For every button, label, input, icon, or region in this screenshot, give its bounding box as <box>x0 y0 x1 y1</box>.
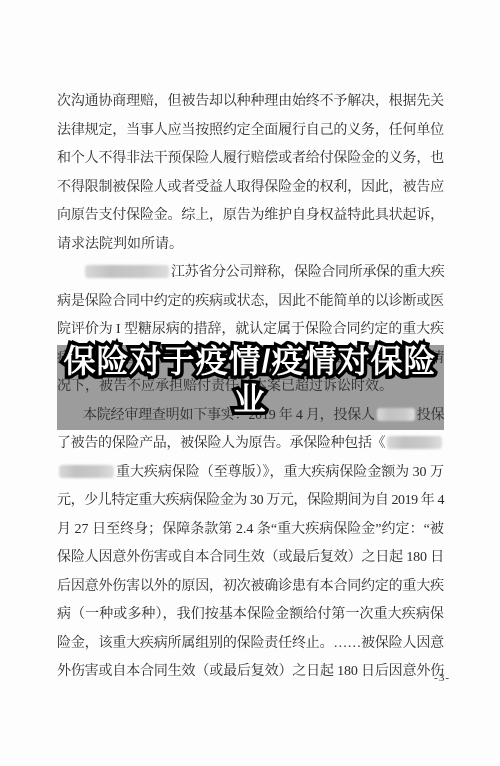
document-text: 后因意外伤害以外的原因，初次被确诊患有本合同约定的重大疾 <box>57 579 444 594</box>
document-line: 请求法院判如所请。 <box>57 231 444 260</box>
document-text: 请求法院判如所请。 <box>57 237 183 252</box>
document-line: 不得限制被保险人或者受益人取得保险金的权利，因此，被告应 <box>57 174 444 203</box>
document-text: 投保 <box>417 408 445 423</box>
redaction-blur <box>59 465 114 478</box>
document-line: 江苏省分公司辩称，保险合同所承保的重大疾 <box>57 259 444 288</box>
document-line: 保险人因意外伤害或自本合同生效（或最后复效）之日起 180 日 <box>57 544 444 573</box>
document-line: 和个人不得非法干预保险人履行赔偿或者给付保险金的义务，也 <box>57 145 444 174</box>
redaction-blur <box>387 436 442 449</box>
document-text: 次沟通协商理赔，但被告却以种种理由始终不予解决，根据先关 <box>57 94 444 109</box>
document-text: 院评价为 I 型糖尿病的措辞，就认定属于保险合同约定的重大疾 <box>57 322 444 337</box>
redaction-blur <box>377 408 415 421</box>
document-line: 元，少儿特定重大疾病保险金为 30 万元，保险期间为自 2019 年 4 <box>57 487 444 516</box>
document-line: 后因意外伤害以外的原因，初次被确诊患有本合同约定的重大疾 <box>57 573 444 602</box>
document-text: 法律规定，当事人应当按照约定全面履行自己的义务，任何单位 <box>57 123 444 138</box>
page-number: -3- <box>434 672 450 684</box>
document-line: 病，应当尊重保险合同的约定，原告的情形未达到约定条件的情 <box>57 345 444 374</box>
document-line: 向原告支付保险金。综上，原告为维护自身权益特此具状起诉， <box>57 202 444 231</box>
document-line: 了被告的保险产品，被保险人为原告。承保险种包括《 <box>57 430 444 459</box>
document-text: 不得限制被保险人或者受益人取得保险金的权利，因此，被告应 <box>57 180 444 195</box>
document-text: 险金，该重大疾病所属组别的保险责任终止。……被保险人因意 <box>57 636 444 651</box>
document-line: 法律规定，当事人应当按照约定全面履行自己的义务，任何单位 <box>57 117 444 146</box>
document-text: 病（一种或多种），我们按基本保险金额给付第一次重大疾病保 <box>57 607 444 622</box>
document-line: 月 27 日至终身；保障条款第 2.4 条“重大疾病保险金”约定：“被 <box>57 516 444 545</box>
document-text: 和个人不得非法干预保险人履行赔偿或者给付保险金的义务，也 <box>57 151 444 166</box>
document-line: 重大疾病保险（至尊版）》，重大疾病保险金额为 30 万 <box>57 459 444 488</box>
document-text: 向原告支付保险金。综上，原告为维护自身权益特此具状起诉， <box>57 208 444 223</box>
document-text: 江苏省分公司辩称，保险合同所承保的重大疾 <box>171 265 444 280</box>
document-line: 况下，被告不应承担赔付责任，本案已超过诉讼时效。 <box>57 373 444 402</box>
redaction-blur <box>85 265 169 278</box>
document-line: 外伤害或自本合同生效（或最后复效）之日起 180 日后因意外伤 <box>57 658 444 687</box>
document-text: 外伤害或自本合同生效（或最后复效）之日起 180 日后因意外伤 <box>57 664 444 679</box>
document-line: 次沟通协商理赔，但被告却以种种理由始终不予解决，根据先关 <box>57 88 444 117</box>
document-text: 元，少儿特定重大疾病保险金为 30 万元，保险期间为自 2019 年 4 <box>57 493 444 508</box>
document-text: 了被告的保险产品，被保险人为原告。承保险种包括《 <box>57 436 385 451</box>
document-text: 病，应当尊重保险合同的约定，原告的情形未达到约定条件的情 <box>57 351 444 366</box>
document-line: 院评价为 I 型糖尿病的措辞，就认定属于保险合同约定的重大疾 <box>57 316 444 345</box>
document-line: 病是保险合同中约定的疾病或状态，因此不能简单的以诊断或医 <box>57 288 444 317</box>
document-text: 况下，被告不应承担赔付责任，本案已超过诉讼时效。 <box>57 379 393 394</box>
document-text-block: 次沟通协商理赔，但被告却以种种理由始终不予解决，根据先关法律规定，当事人应当按照… <box>57 88 444 687</box>
scanned-court-document-page: 次沟通协商理赔，但被告却以种种理由始终不予解决，根据先关法律规定，当事人应当按照… <box>0 0 500 766</box>
document-line: 病（一种或多种），我们按基本保险金额给付第一次重大疾病保 <box>57 601 444 630</box>
document-line: 险金，该重大疾病所属组别的保险责任终止。……被保险人因意 <box>57 630 444 659</box>
document-text: 月 27 日至终身；保障条款第 2.4 条“重大疾病保险金”约定：“被 <box>57 522 444 537</box>
document-text: 保险人因意外伤害或自本合同生效（或最后复效）之日起 180 日 <box>57 550 444 565</box>
document-text: 病是保险合同中约定的疾病或状态，因此不能简单的以诊断或医 <box>57 294 444 309</box>
document-text: 重大疾病保险（至尊版）》，重大疾病保险金额为 30 万 <box>116 465 444 480</box>
document-text: 本院经审理查明如下事实：2019 年 4 月，投保人 <box>83 408 375 423</box>
document-line: 本院经审理查明如下事实：2019 年 4 月，投保人投保 <box>57 402 444 431</box>
